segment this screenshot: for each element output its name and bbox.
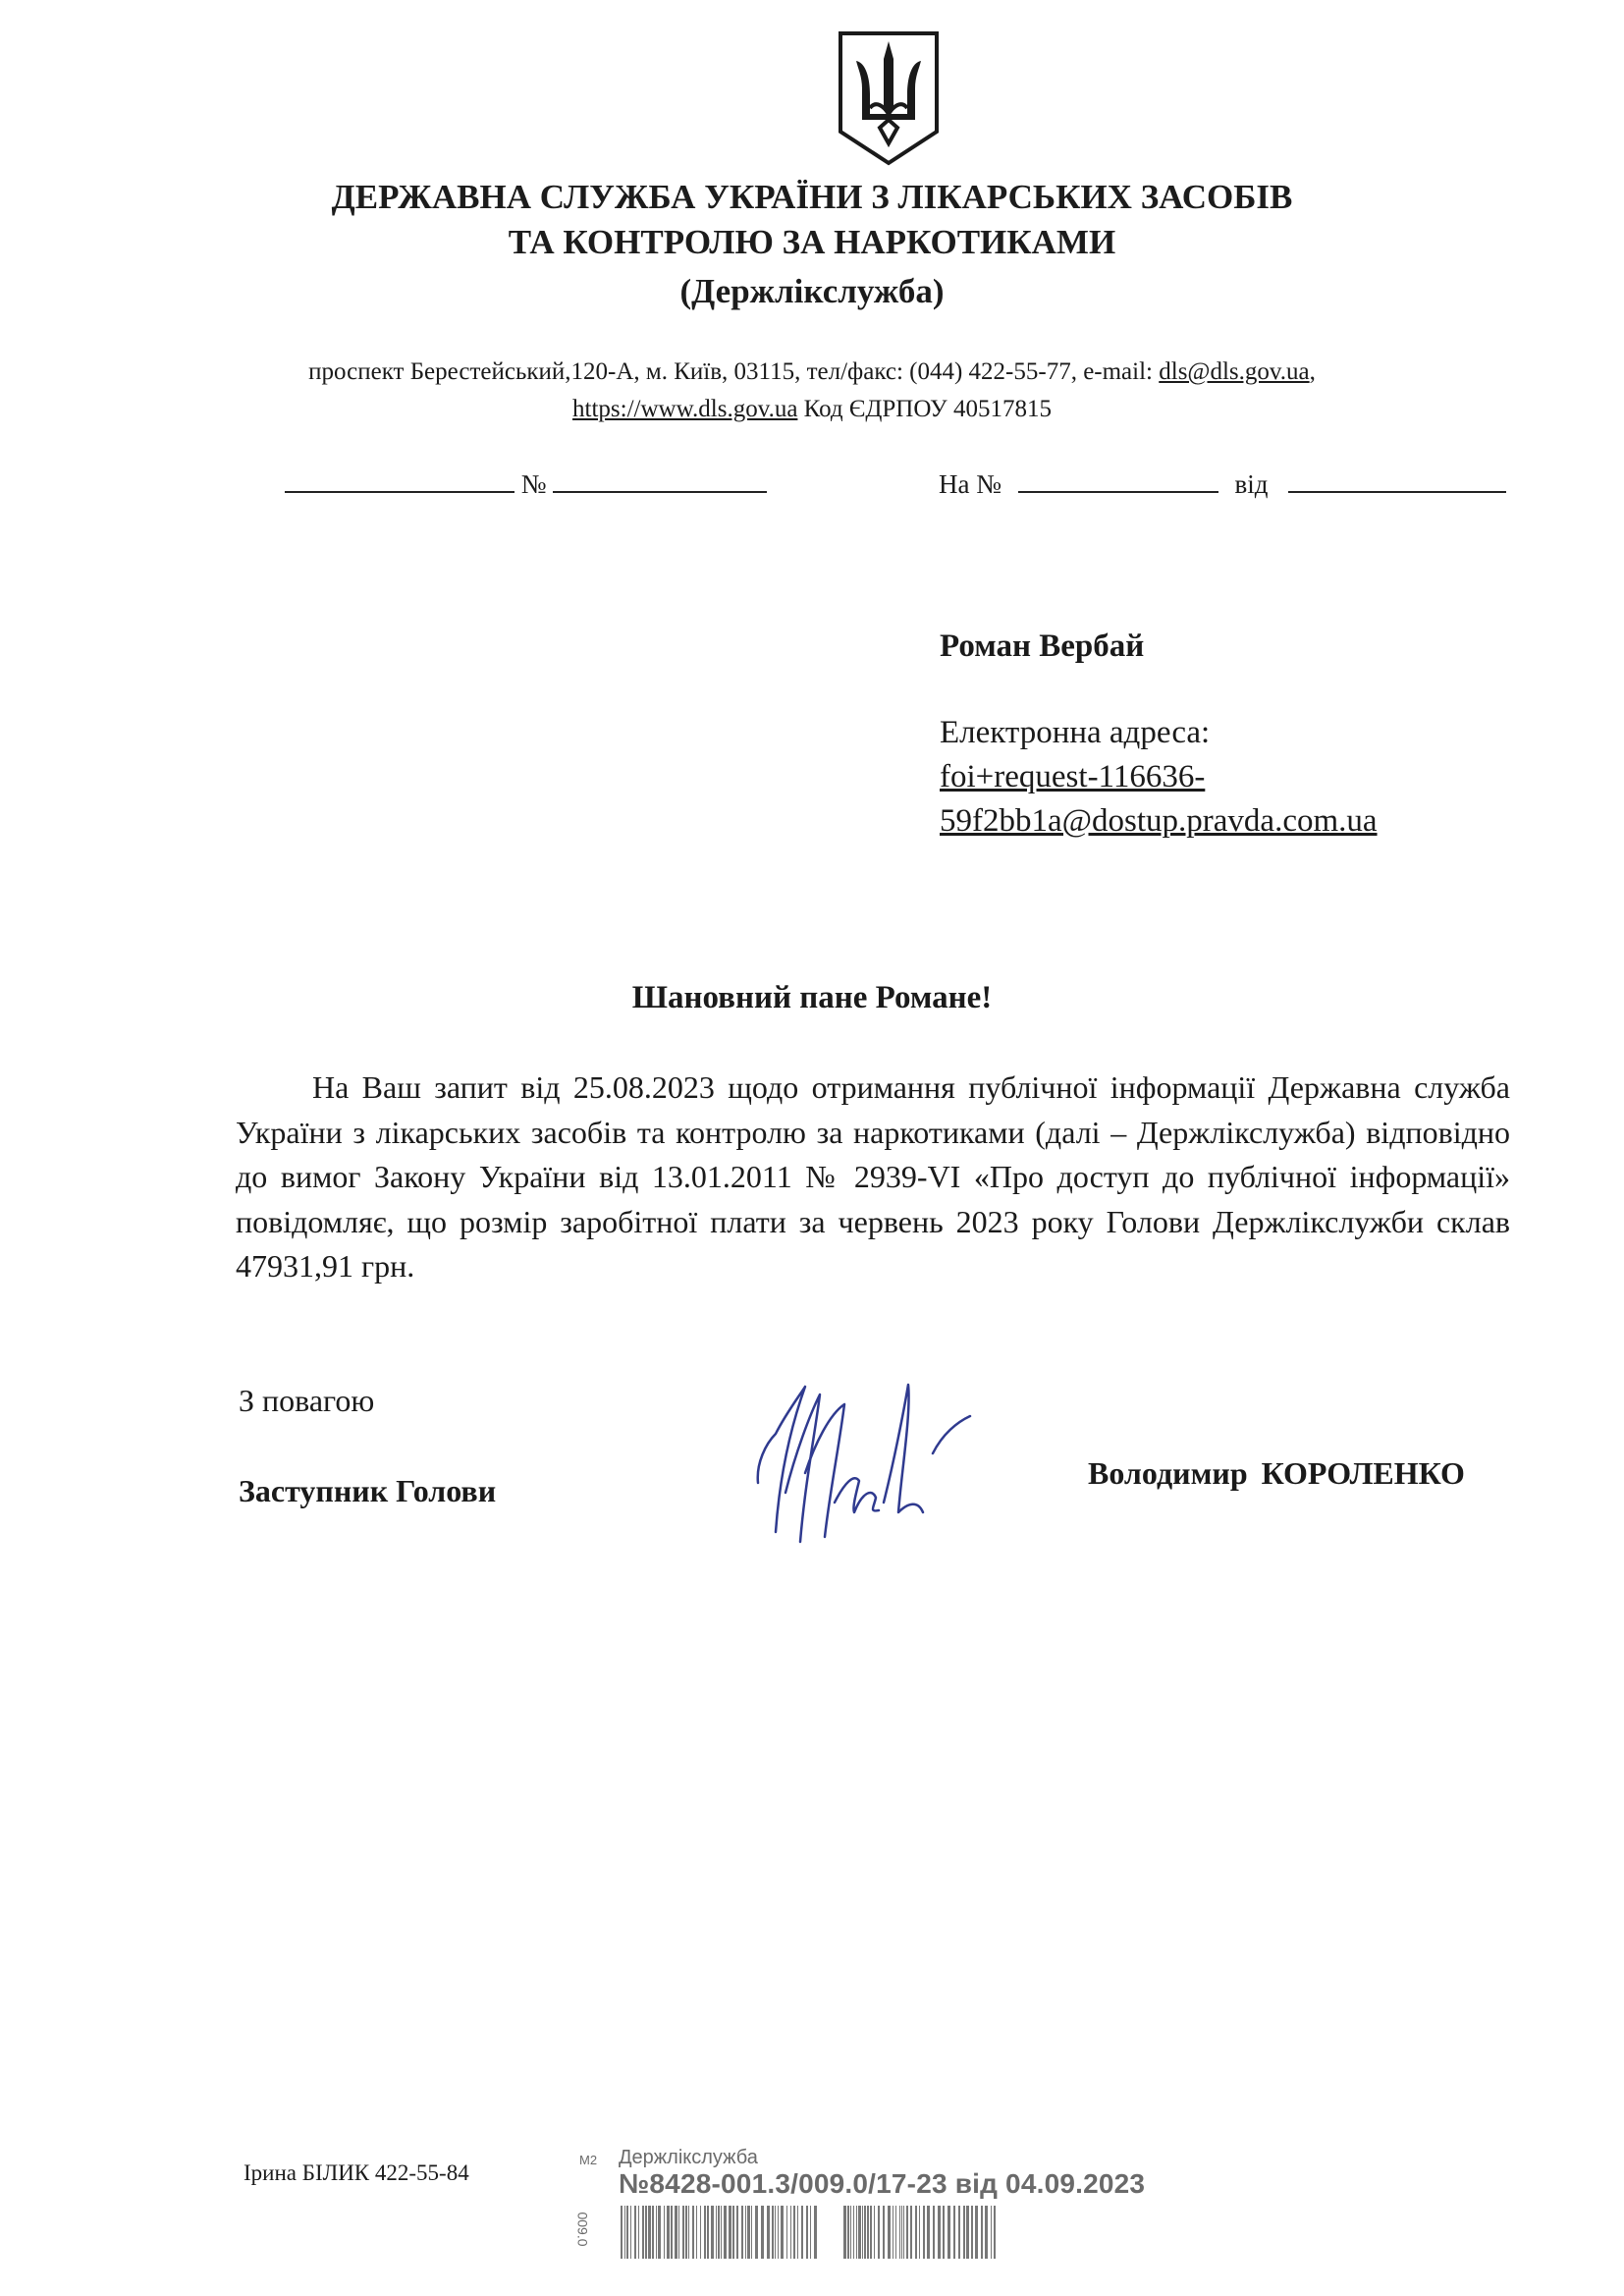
reply-number-field xyxy=(1018,490,1218,493)
stamp-prefix: М2 xyxy=(579,2153,597,2167)
registration-stamp: М2 Держлікслужба №8428-001.3/009.0/17-23… xyxy=(579,2147,1188,2255)
outgoing-number-field xyxy=(553,490,767,493)
organization-title-line1: ДЕРЖАВНА СЛУЖБА УКРАЇНИ З ЛІКАРСЬКИХ ЗАС… xyxy=(0,177,1624,218)
recipient-email[interactable]: foi+request-116636- 59f2bb1a@dostup.prav… xyxy=(940,755,1378,844)
edrpou-code: Код ЄДРПОУ 40517815 xyxy=(797,396,1052,422)
recipient-email-line2[interactable]: 59f2bb1a@dostup.pravda.com.ua xyxy=(940,803,1378,839)
from-label: від xyxy=(1235,469,1269,499)
address-text: проспект Берестейський,120-А, м. Київ, 0… xyxy=(308,358,1159,385)
organization-title-line2: ТА КОНТРОЛЮ ЗА НАРКОТИКАМИ xyxy=(0,222,1624,263)
stamp-organization: Держлікслужба xyxy=(619,2147,758,2169)
email-suffix: , xyxy=(1310,358,1316,385)
closing-regards: З повагою xyxy=(239,1383,374,1419)
organization-email-link[interactable]: dls@dls.gov.ua xyxy=(1159,358,1309,385)
organization-website-link[interactable]: https://www.dls.gov.ua xyxy=(572,396,797,422)
recipient-email-line1[interactable]: foi+request-116636- xyxy=(940,759,1205,794)
stamp-registration-number: №8428-001.3/009.0/17-23 від 04.09.2023 xyxy=(619,2168,1145,2200)
organization-address: проспект Берестейський,120-А, м. Київ, 0… xyxy=(0,354,1624,428)
salutation: Шановний пане Романе! xyxy=(0,980,1624,1016)
ukraine-coat-of-arms-icon xyxy=(837,29,941,167)
outgoing-registration: № xyxy=(285,469,767,500)
signer-name: Володимир КОРОЛЕНКО xyxy=(1088,1455,1465,1492)
letter-body: На Ваш запит від 25.08.2023 щодо отриман… xyxy=(236,1066,1510,1289)
signer-position: Заступник Голови xyxy=(239,1473,496,1509)
reply-date-field xyxy=(1288,490,1506,493)
barcode-icon xyxy=(621,2206,1003,2259)
executor-contact: Ірина БІЛИК 422-55-84 xyxy=(244,2160,469,2186)
handwritten-signature xyxy=(746,1375,1090,1552)
reply-to-label: На № xyxy=(939,469,1001,499)
number-sign: № xyxy=(521,469,547,499)
organization-short-name: (Держлікслужба) xyxy=(0,271,1624,312)
reply-registration: На № від xyxy=(939,469,1506,500)
recipient-email-label: Електронна адреса: xyxy=(940,711,1210,755)
stamp-side-code: 009.0 xyxy=(575,2212,591,2246)
outgoing-date-field xyxy=(285,490,514,493)
recipient-name: Роман Вербай xyxy=(940,629,1144,665)
